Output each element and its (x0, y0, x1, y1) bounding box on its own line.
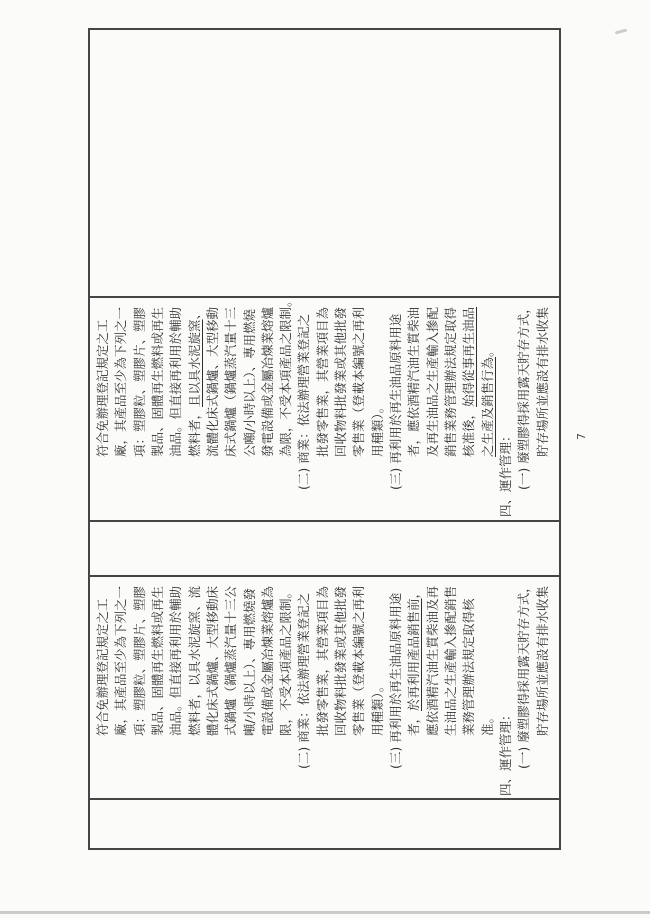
text-line: 四、運作管理： (497, 578, 515, 796)
text-line: 業務管理辦法規定取得核 (460, 578, 478, 796)
text-line: 油品。但直接再利用於輔助 (167, 578, 185, 796)
text-line: 公噸/小時以上）、專用燃燒 (241, 299, 259, 517)
table-divider-1 (90, 296, 559, 298)
text-line: 用種類）。 (369, 299, 387, 517)
text-line: 製品、固體再生燃料或再生 (149, 299, 167, 517)
text-line: 核准後，始得從事再生油品 (460, 299, 478, 517)
scan-edge-artifact (0, 911, 650, 914)
text-line: 式鍋爐（鍋爐蒸汽量十三公 (222, 578, 240, 796)
text-line: 為限，不受本項產品之限制。 (277, 299, 295, 517)
text-line: 用種類）。 (369, 578, 387, 796)
text-line: 廠，其產品至少為下列之一 (112, 578, 130, 796)
text-line: 貯存場所並應設有排水收集 (534, 299, 552, 517)
text-line: (一) 廢塑膠得採用露天貯存方式， (515, 299, 533, 517)
text-line: 批發零售業，其營業項目為 (314, 299, 332, 517)
table-divider-4 (90, 798, 559, 800)
text-line: 應依酒精汽油生質柴油及再 (424, 578, 442, 796)
text-line: 批發零售業，其營業項目為 (314, 578, 332, 796)
text-line: 符合免辦理登記規定之工 (94, 578, 112, 796)
text-line: 零售業（登載本編號之再利 (350, 578, 368, 796)
page-number: 7 (575, 426, 589, 440)
text-line: 之生產及銷售行為。 (479, 299, 497, 517)
text-line: (三) 再利用於再生油品原料用途 (387, 299, 405, 517)
text-line: 體化床式鍋爐、大型移動床 (204, 578, 222, 796)
text-line: 發電設備或金屬冶煉業熔爐 (259, 299, 277, 517)
text-line: 生油品之生產輸入摻配銷售 (442, 578, 460, 796)
text-line: 准。 (479, 578, 497, 796)
text-line: 貯存場所並應設有排水收集 (534, 578, 552, 796)
text-line: 噸/小時以上）、專用燃燒發 (241, 578, 259, 796)
table-divider-3 (90, 575, 559, 577)
scanned-page: { "page": { "number": "7" }, "blocks": [… (0, 0, 650, 919)
text-line: (三) 再利用於再生油品原料用途 (387, 578, 405, 796)
table-divider-2 (90, 520, 559, 522)
text-line: 製品、固體再生燃料或再生 (149, 578, 167, 796)
text-line: 油品。但直接再利用於輔助 (167, 299, 185, 517)
text-line: 者，應依酒精汽油生質柴油 (405, 299, 423, 517)
text-line: 零售業（登載本編號之再利 (350, 299, 368, 517)
text-line: 限，不受本項產品之限制。 (277, 578, 295, 796)
text-line: (二) 商業：依法辦理營業登記之 (295, 578, 313, 796)
text-line: 燃料者，以具水泥旋窯、流 (186, 578, 204, 796)
regulation-text-block-1: 符合免辦理登記規定之工廠，其產品至少為下列之一項：塑膠粒、塑膠片、塑膠製品、固體… (94, 299, 552, 517)
text-line: 燃料者，且以具水泥旋窯、 (186, 299, 204, 517)
text-line: 者，於再利用產品銷售前， (405, 578, 423, 796)
text-line: 銷售業務管理辦法規定取得 (442, 299, 460, 517)
text-line: (一) 廢塑膠得採用露天貯存方式， (515, 578, 533, 796)
text-line: 項：塑膠粒、塑膠片、塑膠 (131, 299, 149, 517)
text-line: (二) 商業：依法辦理營業登記之 (295, 299, 313, 517)
scan-smudge-artifact (615, 28, 627, 34)
text-line: 四、運作管理： (497, 299, 515, 517)
text-line: 及再生油品之生產輸入摻配 (424, 299, 442, 517)
text-line: 廠，其產品至少為下列之一 (112, 299, 130, 517)
text-line: 床式鍋爐（鍋爐蒸汽量十三 (222, 299, 240, 517)
text-line: 電設備或金屬冶煉業熔爐為 (259, 578, 277, 796)
text-line: 符合免辦理登記規定之工 (94, 299, 112, 517)
text-line: 項：塑膠粒、塑膠片、塑膠 (131, 578, 149, 796)
regulation-text-block-2: 符合免辦理登記規定之工廠，其產品至少為下列之一項：塑膠粒、塑膠片、塑膠製品、固體… (94, 578, 552, 796)
text-line: 流體化床式鍋爐、大型移動 (204, 299, 222, 517)
text-line: 回收物料批發業或其他批發 (332, 299, 350, 517)
text-line: 回收物料批發業或其他批發 (332, 578, 350, 796)
